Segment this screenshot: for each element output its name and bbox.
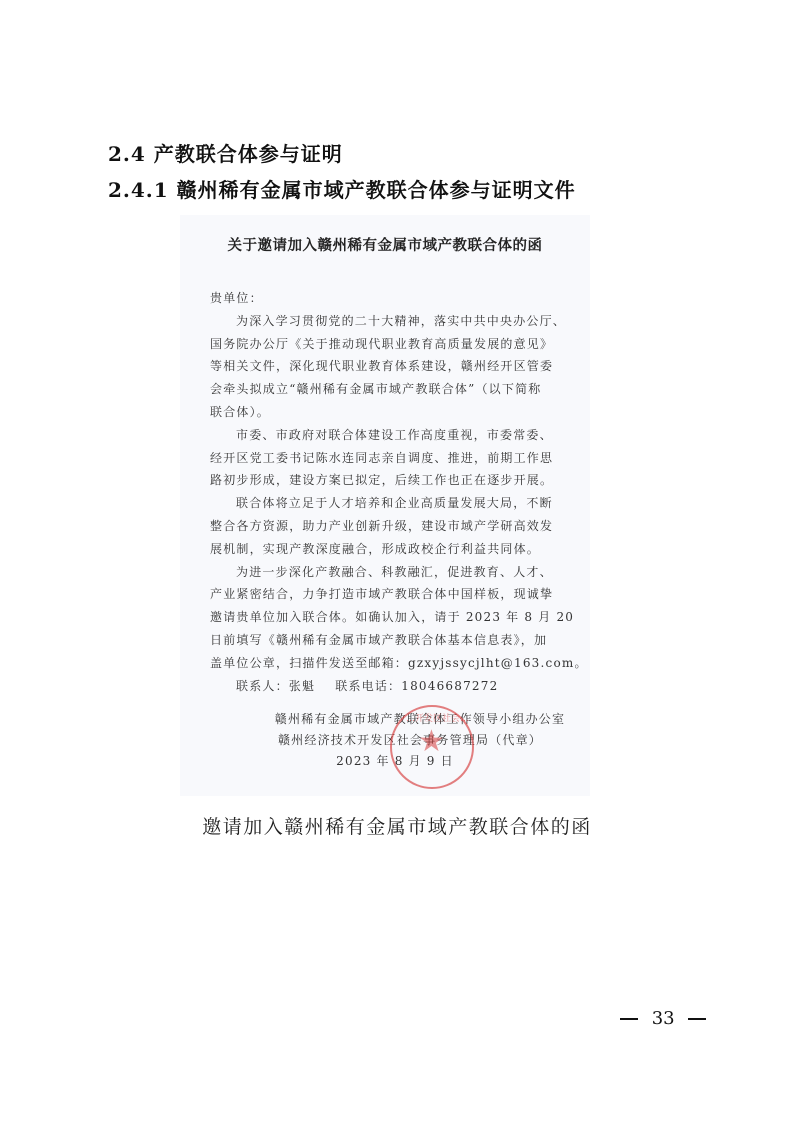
section-heading: 2.4 产教联合体参与证明	[108, 138, 343, 167]
letter-line: 经开区党工委书记陈水连同志亲自调度、推进，前期工作思	[210, 447, 570, 470]
page-number-value: 33	[652, 1008, 675, 1029]
letter-line: 国务院办公厅《关于推动现代职业教育高质量发展的意见》	[210, 333, 570, 356]
letter-line: 展机制，实现产教深度融合，形成政校企行利益共同体。	[210, 538, 570, 561]
star-icon: ★	[418, 727, 445, 757]
letter-line: 会牵头拟成立“赣州稀有金属市域产教联合体”（以下简称	[210, 378, 570, 401]
letter-body: 贵单位： 为深入学习贯彻党的二十大精神，落实中共中央办公厅、 国务院办公厅《关于…	[210, 287, 570, 697]
letter-line: 市委、市政府对联合体建设工作高度重视，市委常委、	[210, 424, 570, 447]
letter-line: 路初步形成，建设方案已拟定，后续工作也正在逐步开展。	[210, 469, 570, 492]
dash-left	[620, 1018, 638, 1020]
page-number: 33	[620, 1008, 706, 1029]
letter-line: 产业紧密结合，力争打造市域产教联合体中国样板，现诚挚	[210, 583, 570, 606]
letter-line: 日前填写《赣州稀有金属市域产教联合体基本信息表》，加	[210, 629, 570, 652]
figure-caption: 邀请加入赣州稀有金属市域产教联合体的函	[0, 812, 794, 839]
stamp-text: …开发区社会…	[406, 711, 469, 724]
letter-title: 关于邀请加入赣州稀有金属市域产教联合体的函	[180, 234, 590, 255]
letter-line: 联合体）。	[210, 401, 570, 424]
letter-line: 邀请贵单位加入联合体。如确认加入，请于 2023 年 8 月 20	[210, 606, 570, 629]
letter-line: 为进一步深化产教融合、科教融汇，促进教育、人才、	[210, 561, 570, 584]
letter-line: 联合体将立足于人才培养和企业高质量发展大局，不断	[210, 492, 570, 515]
dash-right	[688, 1018, 706, 1020]
subsection-heading: 2.4.1 赣州稀有金属市域产教联合体参与证明文件	[108, 174, 576, 203]
letter-salutation: 贵单位：	[210, 287, 570, 310]
letter-line: 为深入学习贯彻党的二十大精神，落实中共中央办公厅、	[210, 310, 570, 333]
letter-line: 盖单位公章，扫描件发送至邮箱：gzxyjssycjlht@163.com。	[210, 652, 570, 675]
letter-contact: 联系人：张魁 联系电话：18046687272	[210, 675, 570, 698]
official-seal-stamp: …开发区社会… ★	[390, 705, 474, 789]
scanned-letter-image: 关于邀请加入赣州稀有金属市域产教联合体的函 贵单位： 为深入学习贯彻党的二十大精…	[180, 215, 590, 796]
letter-line: 整合各方资源，助力产业创新升级，建设市域产学研高效发	[210, 515, 570, 538]
letter-line: 等相关文件，深化现代职业教育体系建设，赣州经开区管委	[210, 355, 570, 378]
